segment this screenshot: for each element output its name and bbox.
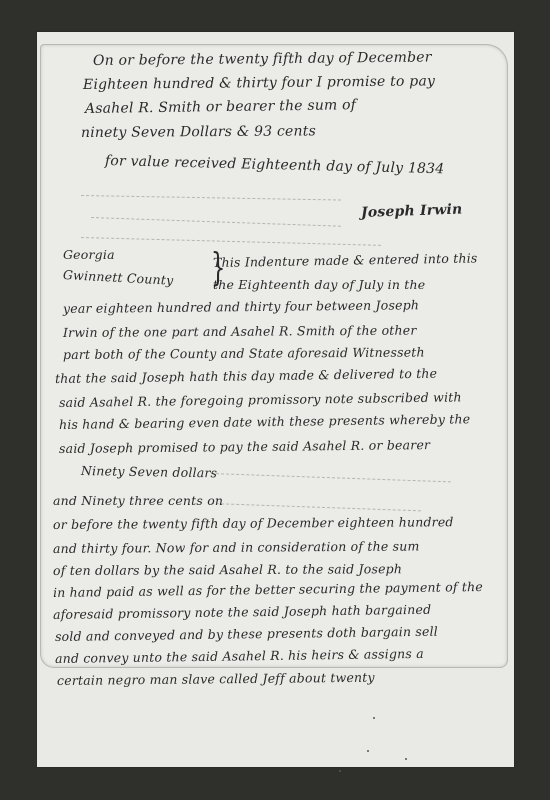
indenture-line: in hand paid as well as for the better s… bbox=[53, 579, 483, 600]
indenture-line: the Eighteenth day of July in the bbox=[213, 277, 425, 292]
indenture-line: or before the twenty fifth day of Decemb… bbox=[53, 514, 454, 532]
document-page: On or before the twenty fifth day of Dec… bbox=[37, 32, 514, 767]
bleed-through-mark bbox=[211, 473, 451, 483]
indenture-line: sold and conveyed and by these presents … bbox=[55, 624, 438, 644]
bleed-through-mark bbox=[91, 217, 341, 228]
note-line: ninety Seven Dollars & 93 cents bbox=[81, 123, 316, 141]
indenture-line: of ten dollars by the said Asahel R. to … bbox=[53, 561, 402, 578]
speck bbox=[339, 770, 341, 772]
indenture-county: Gwinnett County bbox=[63, 267, 174, 288]
torn-paper-fragment: On or before the twenty fifth day of Dec… bbox=[40, 44, 508, 668]
indenture-line: that the said Joseph hath this day made … bbox=[55, 366, 437, 386]
indenture-line: part both of the County and State afores… bbox=[63, 344, 425, 362]
indenture-line: Ninety Seven dollars bbox=[81, 463, 218, 480]
speck bbox=[405, 758, 407, 760]
note-line: Asahel R. Smith or bearer the sum of bbox=[85, 97, 356, 117]
speck bbox=[367, 750, 369, 752]
scan-background: On or before the twenty fifth day of Dec… bbox=[0, 0, 550, 800]
note-line: Eighteen hundred & thirty four I promise… bbox=[83, 73, 435, 93]
indenture-line: aforesaid promissory note the said Josep… bbox=[53, 602, 431, 622]
note-line: On or before the twenty fifth day of Dec… bbox=[93, 49, 432, 69]
indenture-line: This Indenture made & entered into this bbox=[213, 250, 478, 270]
indenture-line: his hand & bearing even date with these … bbox=[59, 411, 470, 432]
indenture-line: said Joseph promised to pay the said Asa… bbox=[59, 437, 430, 456]
bleed-through-mark bbox=[81, 237, 381, 247]
indenture-line: certain negro man slave called Jeff abou… bbox=[57, 670, 375, 688]
bleed-through-mark bbox=[211, 503, 421, 512]
note-line: for value received Eighteenth day of Jul… bbox=[105, 153, 445, 177]
indenture-line: year eighteen hundred and thirty four be… bbox=[63, 297, 419, 316]
indenture-line: and Ninety three cents on bbox=[53, 493, 223, 508]
speck bbox=[373, 717, 375, 719]
indenture-line: and convey unto the said Asahel R. his h… bbox=[55, 646, 424, 666]
indenture-line: Irwin of the one part and Asahel R. Smit… bbox=[63, 323, 417, 340]
note-signature: Joseph Irwin bbox=[361, 201, 463, 221]
indenture-line: and thirty four. Now for and in consider… bbox=[53, 538, 420, 556]
indenture-state: Georgia bbox=[63, 247, 115, 262]
indenture-line: said Asahel R. the foregoing promissory … bbox=[59, 389, 462, 410]
bleed-through-mark bbox=[81, 195, 341, 202]
